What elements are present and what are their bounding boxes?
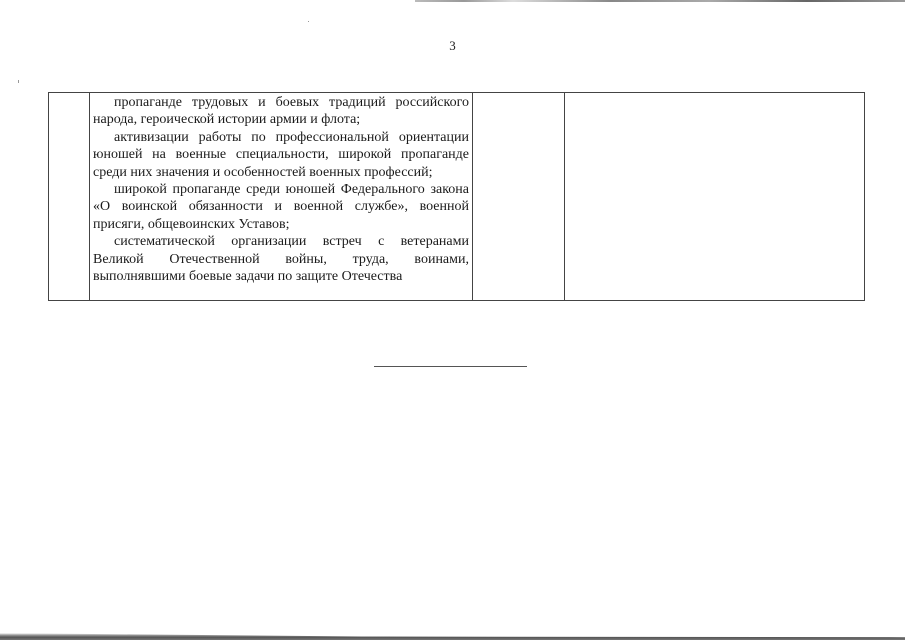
document-table: пропаганде трудовых и боевых традиций ро… [48,92,865,301]
paragraph: активизации работы по профессиональной о… [93,129,469,181]
paragraph: пропаганде трудовых и боевых традиций ро… [93,94,469,129]
paragraph: широкой пропаганде среди юношей Федераль… [93,181,469,233]
table-cell-description: пропаганде трудовых и боевых традиций ро… [90,93,473,301]
scan-speck [18,80,19,83]
table-cell-number [49,93,90,301]
scan-speck [308,21,309,22]
end-separator-line [374,366,527,367]
table-cell-deadline [473,93,565,301]
page-number: 3 [0,38,905,54]
table-row: пропаганде трудовых и боевых традиций ро… [49,93,865,301]
cell-responsible-text [565,93,864,94]
scan-artifact-bottom [0,633,905,640]
cell-deadline-text [473,93,564,94]
scan-artifact-top [415,0,905,2]
paragraph: систематической организации встреч с вет… [93,233,469,285]
table-cell-responsible [565,93,865,301]
description-text: пропаганде трудовых и боевых традиций ро… [90,93,472,285]
cell-number-text [49,93,89,94]
